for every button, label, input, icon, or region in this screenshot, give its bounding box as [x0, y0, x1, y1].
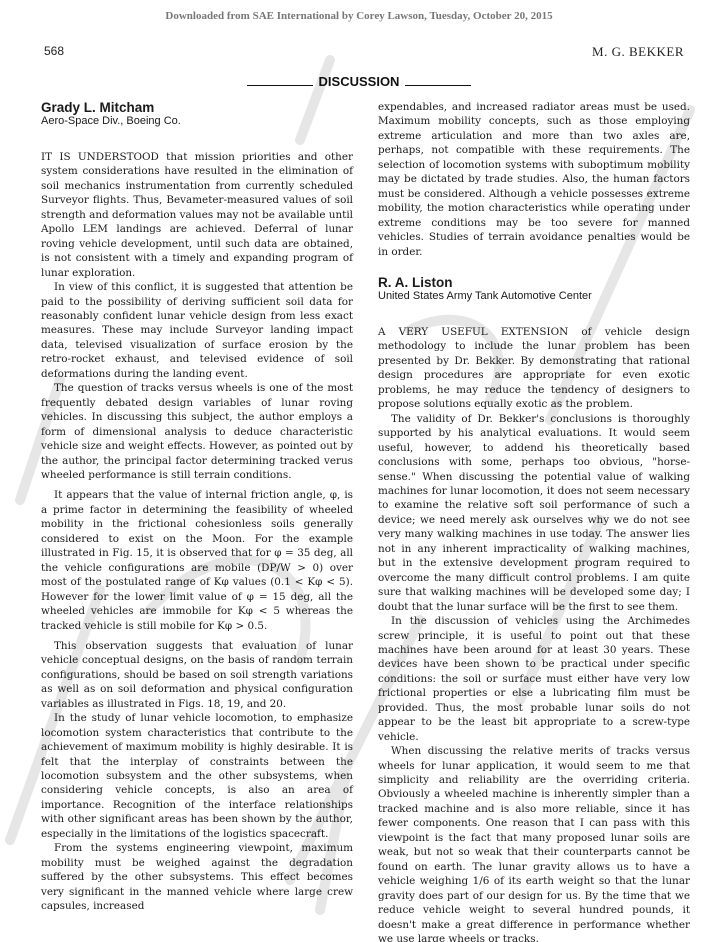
paragraph: When discussing the relative merits of t…	[378, 744, 690, 942]
left-column: Grady L. Mitcham Aero-Space Div., Boeing…	[41, 100, 353, 914]
download-notice: Downloaded from SAE International by Cor…	[0, 10, 718, 22]
paragraph: In the study of lunar vehicle locomotion…	[41, 711, 353, 841]
title-rule-left	[247, 79, 313, 86]
discussant-affiliation: Aero-Space Div., Boeing Co.	[41, 115, 353, 128]
paragraph: This observation suggests that evaluatio…	[41, 639, 353, 711]
paragraph: The validity of Dr. Bekker's conclusions…	[378, 412, 690, 614]
paragraph: A VERY USEFUL EXTENSION of vehicle desig…	[378, 325, 690, 412]
paragraph: It appears that the value of internal fr…	[41, 488, 353, 633]
right-column: expendables, and increased radiator area…	[378, 100, 690, 942]
paragraph: From the systems engineering viewpoint, …	[41, 841, 353, 913]
paragraph: In the discussion of vehicles using the …	[378, 614, 690, 744]
discussant-name: R. A. Liston	[378, 275, 690, 290]
section-title-text: DISCUSSION	[319, 74, 400, 89]
page-number: 568	[44, 44, 64, 58]
discussant-affiliation: United States Army Tank Automotive Cente…	[378, 290, 690, 303]
section-title: DISCUSSION	[0, 74, 718, 89]
title-rule-right	[405, 79, 471, 86]
running-head: M. G. BEKKER	[592, 44, 684, 60]
paragraph: The question of tracks versus wheels is …	[41, 381, 353, 482]
paragraph: In view of this conflict, it is suggeste…	[41, 280, 353, 381]
discussant-name: Grady L. Mitcham	[41, 100, 353, 115]
paragraph: IT IS UNDERSTOOD that mission priorities…	[41, 150, 353, 280]
paragraph-continued: expendables, and increased radiator area…	[378, 100, 690, 259]
